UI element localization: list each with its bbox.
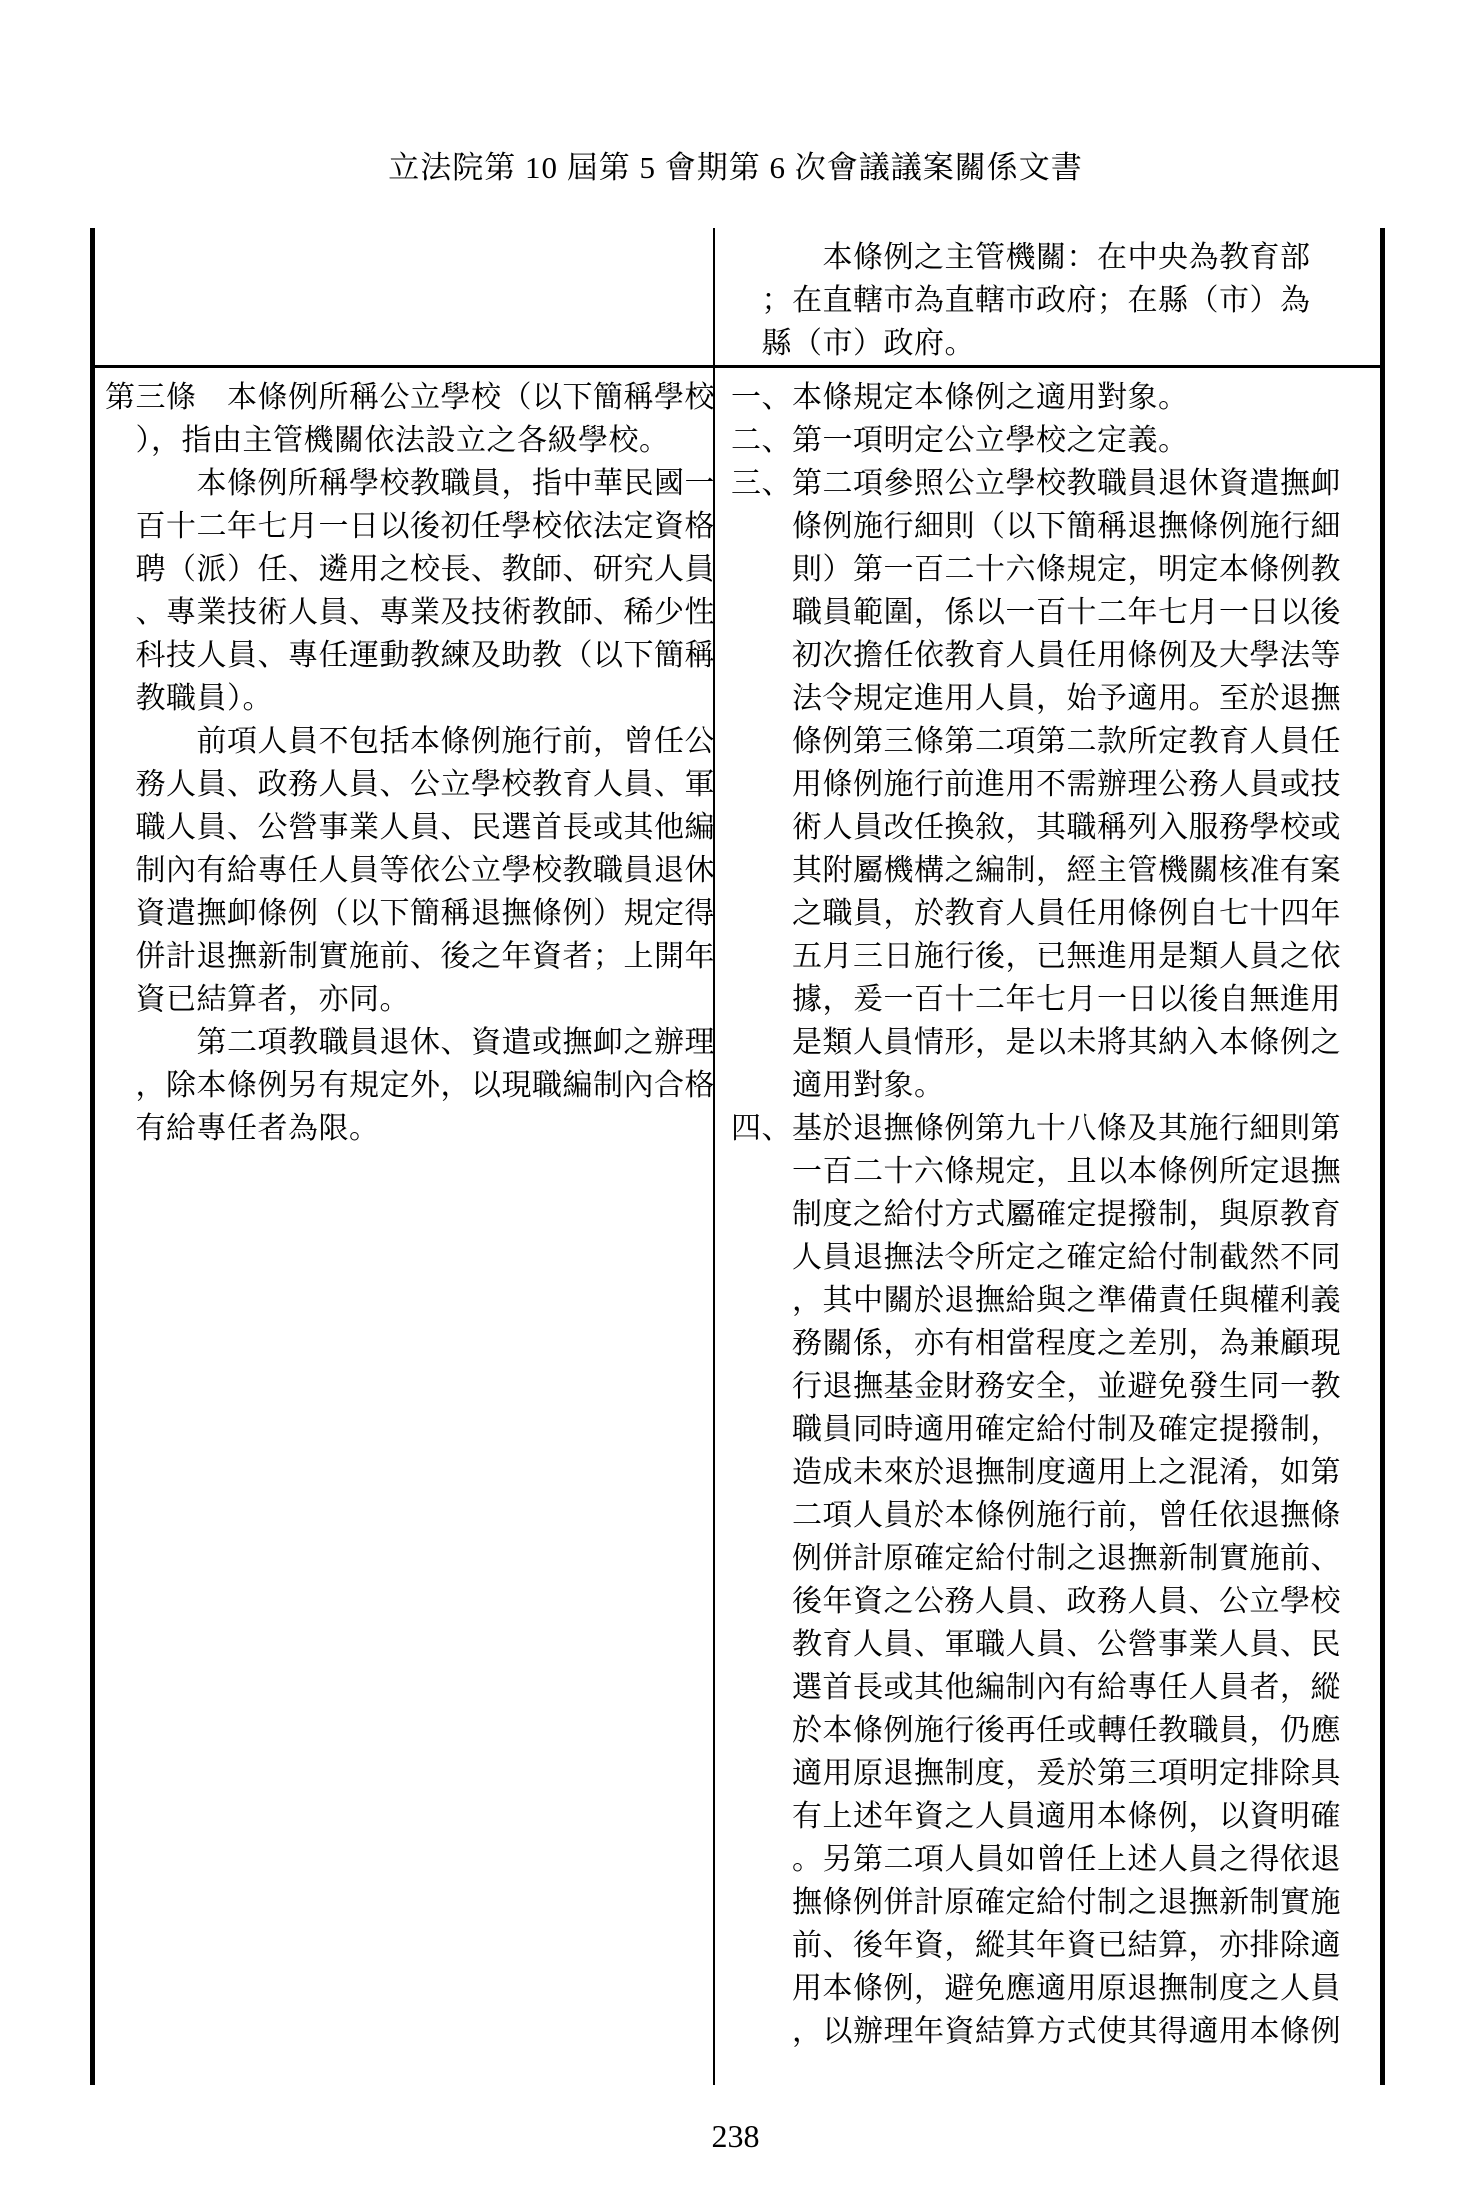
law-text-continuation-cell: 本條例之主管機關：在中央為教育部 ；在直轄市為直轄市政府；在縣（市）為 縣（市）… [715, 228, 1380, 365]
article-text: 第三條 本條例所稱公立學校（以下簡稱學校 ），指由主管機關依法設立之各級學校。 … [105, 376, 713, 1150]
law-text-continuation: 本條例之主管機關：在中央為教育部 ；在直轄市為直轄市政府；在縣（市）為 縣（市）… [731, 236, 1380, 365]
page-number: 238 [0, 2118, 1471, 2155]
article-column-cell: 第三條 本條例所稱公立學校（以下簡稱學校 ），指由主管機關依法設立之各級學校。 … [95, 368, 715, 2085]
document-page: 立法院第 10 屆第 5 會期第 6 次會議議案關係文書 本條例之主管機關：在中… [0, 0, 1471, 2212]
document-title: 立法院第 10 屆第 5 會期第 6 次會議議案關係文書 [0, 142, 1471, 187]
table-row: 本條例之主管機關：在中央為教育部 ；在直轄市為直轄市政府；在縣（市）為 縣（市）… [95, 228, 1380, 368]
explanation-column-cell: 一、本條規定本條例之適用對象。 二、第一項明定公立學校之定義。 三、第二項參照公… [715, 368, 1380, 2085]
article-column-cell-empty [95, 228, 715, 365]
article-comparison-table: 本條例之主管機關：在中央為教育部 ；在直轄市為直轄市政府；在縣（市）為 縣（市）… [90, 228, 1385, 2085]
explanation-text: 一、本條規定本條例之適用對象。 二、第一項明定公立學校之定義。 三、第二項參照公… [731, 376, 1380, 2053]
table-row: 第三條 本條例所稱公立學校（以下簡稱學校 ），指由主管機關依法設立之各級學校。 … [95, 368, 1380, 2085]
